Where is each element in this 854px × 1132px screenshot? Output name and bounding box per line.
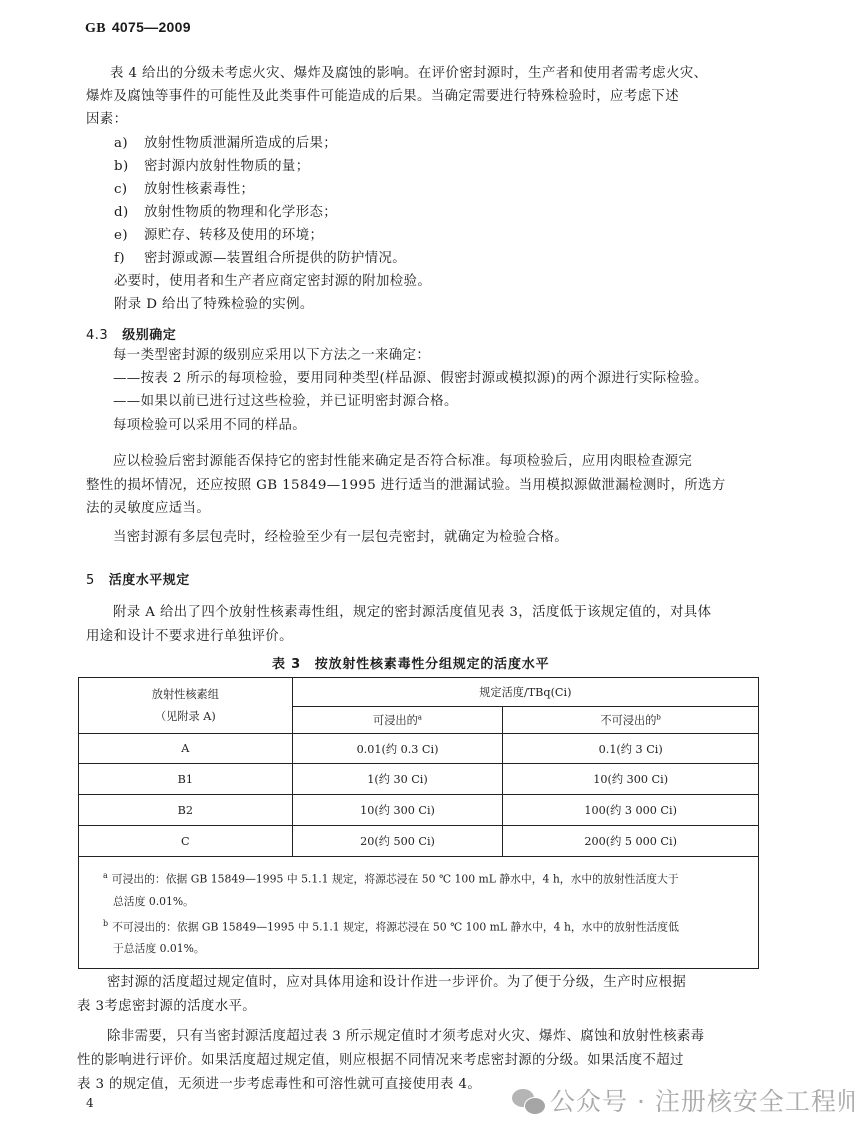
table-header-row: 放射性核素组 （见附录 A) 规定活度/TBq(Ci) (79, 678, 759, 707)
footnote-mark-a: a (418, 713, 422, 721)
note-text-line-1: 可浸出的：依据 GB 15849—1995 中 5.1.1 规定，将源芯浸在 5… (112, 873, 679, 886)
table-row: B1 1(约 30 Ci) 10(约 300 Ci) (79, 764, 759, 795)
intro-after-line-2: 附录 D 给出了特殊检验的实例。 (114, 297, 314, 313)
factor-label: f) (114, 251, 144, 267)
factor-text: 源贮存、转移及使用的环境； (144, 228, 323, 243)
cell-leachable: 0.01(约 0.3 Ci) (292, 734, 503, 764)
closing-para2-line-3: 表 3 的规定值，无须进一步考虑毒性和可溶性就可直接使用表 4。 (77, 1077, 481, 1093)
cell-non-leachable: 200(约 5 000 Ci) (503, 826, 759, 857)
note-mark: a (103, 871, 108, 880)
note-text-line-2: 总活度 0.01%。 (113, 895, 194, 908)
section-4-3-line-1: 每一类型密封源的级别应采用以下方法之一来确定： (113, 348, 430, 364)
header-group-line-1: 放射性核素组 (79, 684, 292, 706)
factor-item: c)放射性核素毒性； (114, 182, 254, 198)
factor-label: c) (114, 182, 144, 198)
cell-non-leachable: 0.1(约 3 Ci) (503, 734, 759, 764)
factor-label: e) (114, 228, 144, 244)
note-mark: b (103, 919, 108, 928)
cell-non-leachable: 10(约 300 Ci) (503, 764, 759, 795)
table-row: A 0.01(约 0.3 Ci) 0.1(约 3 Ci) (79, 734, 759, 764)
closing-para2-line-1: 除非需要，只有当密封源活度超过表 3 所示规定值时才须考虑对火灾、爆炸、腐蚀和放… (107, 1029, 704, 1045)
factor-item: a)放射性物质泄漏所造成的后果； (114, 136, 337, 152)
standard-prefix: GB (85, 21, 106, 36)
header-non-leachable-cell: 不可浸出的b (503, 707, 759, 734)
section-4-3-dash-item-1: ——按表 2 所示的每项检验，要用同种类型(样品源、假密封源或模拟源)的两个源进… (113, 371, 708, 387)
closing-para1-line-1: 密封源的活度超过规定值时，应对具体用途和设计作进一步评价。为了便于分级，生产时应… (107, 975, 686, 991)
header-activity-cell: 规定活度/TBq(Ci) (292, 678, 758, 707)
header-group-cell: 放射性核素组 （见附录 A) (79, 678, 293, 734)
cell-group: B1 (79, 764, 293, 795)
wechat-icon (512, 1088, 546, 1114)
footnote-mark-b: b (656, 713, 660, 721)
factor-text: 放射性核素毒性； (144, 182, 254, 197)
factor-item: b)密封源内放射性物质的量； (114, 159, 310, 175)
cell-leachable: 1(约 30 Ci) (292, 764, 503, 795)
note-text-line-2: 于总活度 0.01%。 (113, 942, 205, 955)
table-notes-cell: a可浸出的：依据 GB 15849—1995 中 5.1.1 规定，将源芯浸在 … (79, 857, 759, 969)
table-caption: 表 3 按放射性核素毒性分组规定的活度水平 (272, 653, 549, 672)
factor-item: e)源贮存、转移及使用的环境； (114, 228, 323, 244)
factor-item: f)密封源或源—装置组合所提供的防护情况。 (114, 251, 406, 267)
table-row: B2 10(约 300 Ci) 100(约 3 000 Ci) (79, 795, 759, 826)
table-note-a: a可浸出的：依据 GB 15849—1995 中 5.1.1 规定，将源芯浸在 … (113, 865, 750, 913)
intro-line-3: 因素： (86, 112, 127, 128)
table-note-b: b不可浸出的：依据 GB 15849—1995 中 5.1.1 规定，将源芯浸在… (113, 913, 750, 961)
cell-leachable: 10(约 300 Ci) (292, 795, 503, 826)
header-leachable-cell: 可浸出的a (292, 707, 503, 734)
factor-text: 放射性物质的物理和化学形态； (144, 205, 337, 220)
section-4-3-para2-line-3: 法的灵敏度应适当。 (86, 501, 210, 517)
section-4-3-line-4: 每项检验可以采用不同的样品。 (113, 418, 306, 434)
closing-para1-line-2: 表 3考虑密封源的活度水平。 (77, 999, 256, 1015)
cell-group: B2 (79, 795, 293, 826)
factor-text: 密封源内放射性物质的量； (144, 159, 310, 174)
table-row: C 20(约 500 Ci) 200(约 5 000 Ci) (79, 826, 759, 857)
cell-leachable: 20(约 500 Ci) (292, 826, 503, 857)
header-non-leachable-label: 不可浸出的 (600, 714, 656, 727)
table-notes-row: a可浸出的：依据 GB 15849—1995 中 5.1.1 规定，将源芯浸在 … (79, 857, 759, 969)
section-title: 活度水平规定 (109, 573, 190, 588)
factor-text: 放射性物质泄漏所造成的后果； (144, 136, 337, 151)
intro-after-line-1: 必要时，使用者和生产者应商定密封源的附加检验。 (114, 274, 431, 290)
intro-line-1: 表 4 给出的分级未考虑火灾、爆炸及腐蚀的影响。在评价密封源时，生产者和使用者需… (110, 66, 707, 82)
factor-label: b) (114, 159, 144, 175)
section-number: 4.3 (86, 328, 108, 343)
section-heading-4-3: 4.3级别确定 (86, 324, 176, 343)
section-5-line-2: 用途和设计不要求进行单独评价。 (86, 629, 293, 645)
section-number: 5 (86, 573, 95, 588)
closing-para2-line-2: 性的影响进行评价。如果活度超过规定值，则应根据不同情况来考虑密封源的分级。如果活… (77, 1053, 684, 1069)
activity-level-table: 放射性核素组 （见附录 A) 规定活度/TBq(Ci) 可浸出的a 不可浸出的b… (78, 677, 759, 969)
watermark-text: 公众号 · 注册核安全工程师 (550, 1087, 854, 1116)
cell-non-leachable: 100(约 3 000 Ci) (503, 795, 759, 826)
section-4-3-dash-item-2: ——如果以前已进行过这些检验，并已证明密封源合格。 (113, 394, 458, 410)
factor-label: a) (114, 136, 144, 152)
page-number: 4 (86, 1096, 94, 1110)
intro-line-2: 爆炸及腐蚀等事件的可能性及此类事件可能造成的后果。当确定需要进行特殊检验时，应考… (86, 89, 679, 105)
header-group-line-2: （见附录 A) (79, 706, 292, 728)
factor-text: 密封源或源—装置组合所提供的防护情况。 (144, 251, 406, 266)
section-5-line-1: 附录 A 给出了四个放射性核素毒性组，规定的密封源活度值见表 3，活度低于该规定… (113, 605, 711, 621)
standard-number: 4075—2009 (112, 19, 191, 35)
section-4-3-para2-line-2: 整性的损坏情况，还应按照 GB 15849—1995 进行适当的泄漏试验。当用模… (86, 478, 726, 494)
watermark: 公众号 · 注册核安全工程师 (512, 1082, 854, 1118)
header-leachable-label: 可浸出的 (373, 714, 418, 727)
factor-label: d) (114, 205, 144, 221)
section-4-3-para2-line-1: 应以检验后密封源能否保持它的密封性能来确定是否符合标准。每项检验后，应用肉眼检查… (113, 454, 692, 470)
note-text-line-1: 不可浸出的：依据 GB 15849—1995 中 5.1.1 规定，将源芯浸在 … (112, 920, 679, 933)
cell-group: C (79, 826, 293, 857)
section-heading-5: 5活度水平规定 (86, 569, 190, 588)
standard-header: GB4075—2009 (85, 19, 191, 37)
factor-item: d)放射性物质的物理和化学形态； (114, 205, 337, 221)
section-title: 级别确定 (122, 328, 176, 343)
cell-group: A (79, 734, 293, 764)
section-4-3-para3: 当密封源有多层包壳时，经检验至少有一层包壳密封，就确定为检验合格。 (113, 530, 568, 546)
